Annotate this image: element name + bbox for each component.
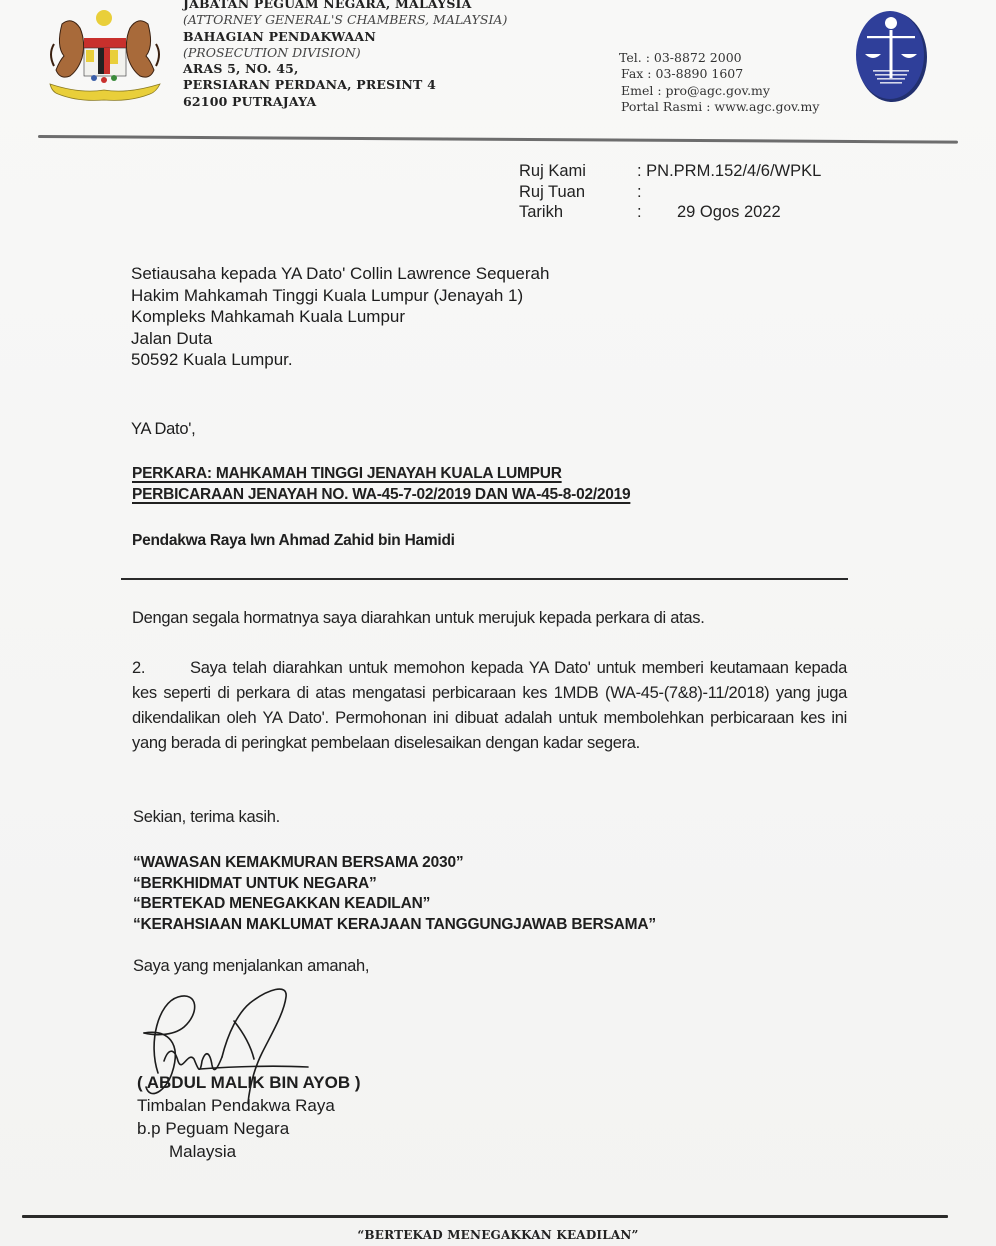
ref-colon: : bbox=[637, 182, 647, 203]
ref-label: Ruj Tuan bbox=[519, 182, 637, 203]
addressee-line: Jalan Duta bbox=[131, 328, 549, 350]
ref-our-reference: Ruj Kami : PN.PRM.152/4/6/WPKL bbox=[519, 161, 821, 182]
motto-block: “WAWASAN KEMAKMURAN BERSAMA 2030” “BERKH… bbox=[133, 853, 656, 935]
org-name: JABATAN PEGUAM NEGARA, MALAYSIA bbox=[183, 0, 507, 12]
contact-fax: Fax : 03-8890 1607 bbox=[619, 66, 819, 82]
addressee-block: Setiausaha kepada YA Dato' Collin Lawren… bbox=[131, 263, 549, 371]
signatory-title: Timbalan Pendakwa Raya bbox=[137, 1094, 361, 1117]
body-paragraph-2: 2.Saya telah diarahkan untuk memohon kep… bbox=[132, 656, 847, 756]
signatory-block: ( ABDUL MALIK BIN AYOB ) Timbalan Pendak… bbox=[137, 1071, 361, 1163]
salutation: YA Dato', bbox=[131, 420, 195, 439]
paragraph-number: 2. bbox=[132, 656, 190, 681]
signatory-on-behalf: b.p Peguam Negara bbox=[137, 1117, 361, 1140]
address-line: 62100 PUTRAJAYA bbox=[183, 94, 507, 110]
addressee-line: Kompleks Mahkamah Kuala Lumpur bbox=[131, 306, 549, 328]
addressee-line: 50592 Kuala Lumpur. bbox=[131, 349, 549, 371]
subject-divider bbox=[121, 578, 848, 580]
letterhead-contact: Tel. : 03-8872 2000 Fax : 03-8890 1607 E… bbox=[619, 50, 819, 115]
body-paragraph-1: Dengan segala hormatnya saya diarahkan u… bbox=[132, 606, 847, 631]
contact-portal: Portal Rasmi : www.agc.gov.my bbox=[619, 99, 819, 115]
ref-label: Tarikh bbox=[519, 202, 637, 223]
subject-line: PERBICARAAN JENAYAH NO. WA-45-7-02/2019 … bbox=[132, 484, 630, 505]
subject-line: PERKARA: MAHKAMAH TINGGI JENAYAH KUALA L… bbox=[132, 463, 630, 484]
paragraph-text: Saya telah diarahkan untuk memohon kepad… bbox=[132, 659, 847, 752]
division-name: BAHAGIAN PENDAKWAAN bbox=[183, 29, 507, 45]
letterhead-organisation: JABATAN PEGUAM NEGARA, MALAYSIA (ATTORNE… bbox=[183, 0, 507, 110]
motto-line: “WAWASAN KEMAKMURAN BERSAMA 2030” bbox=[133, 853, 656, 874]
contact-tel: Tel. : 03-8872 2000 bbox=[619, 50, 819, 66]
signoff-intro: Saya yang menjalankan amanah, bbox=[133, 957, 369, 976]
addressee-line: Setiausaha kepada YA Dato' Collin Lawren… bbox=[131, 263, 549, 285]
footer-motto: “BERTEKAD MENEGAKKAN KEADILAN” bbox=[0, 1228, 996, 1242]
case-parties: Pendakwa Raya lwn Ahmad Zahid bin Hamidi bbox=[132, 532, 455, 550]
subject-heading: PERKARA: MAHKAMAH TINGGI JENAYAH KUALA L… bbox=[132, 463, 630, 505]
address-line: PERSIARAN PERDANA, PRESINT 4 bbox=[183, 77, 507, 93]
date-value: 29 Ogos 2022 bbox=[647, 202, 781, 223]
closing-line: Sekian, terima kasih. bbox=[133, 808, 280, 827]
motto-line: “BERTEKAD MENEGAKKAN KEADILAN” bbox=[133, 894, 656, 915]
motto-line: “KERAHSIAAN MAKLUMAT KERAJAAN TANGGUNGJA… bbox=[133, 915, 656, 936]
signatory-country: Malaysia bbox=[137, 1140, 361, 1163]
ref-your-reference: Ruj Tuan : bbox=[519, 182, 821, 203]
footer-divider bbox=[22, 1215, 948, 1218]
reference-block: Ruj Kami : PN.PRM.152/4/6/WPKL Ruj Tuan … bbox=[519, 161, 821, 223]
ref-colon: : bbox=[637, 202, 647, 223]
signatory-name: ( ABDUL MALIK BIN AYOB ) bbox=[137, 1071, 361, 1094]
address-line: ARAS 5, NO. 45, bbox=[183, 61, 507, 77]
motto-line: “BERKHIDMAT UNTUK NEGARA” bbox=[133, 874, 656, 895]
ref-label: Ruj Kami bbox=[519, 161, 637, 182]
contact-email: Emel : pro@agc.gov.my bbox=[619, 83, 819, 99]
ref-date: Tarikh : 29 Ogos 2022 bbox=[519, 202, 821, 223]
division-name-english: (PROSECUTION DIVISION) bbox=[183, 45, 507, 61]
malaysia-coat-of-arms-icon bbox=[40, 4, 170, 104]
letter-body: Dengan segala hormatnya saya diarahkan u… bbox=[132, 606, 847, 756]
letter-page: JABATAN PEGUAM NEGARA, MALAYSIA (ATTORNE… bbox=[0, 0, 996, 1246]
addressee-line: Hakim Mahkamah Tinggi Kuala Lumpur (Jena… bbox=[131, 285, 549, 307]
scales-of-justice-emblem-icon bbox=[853, 8, 929, 104]
ref-value: : PN.PRM.152/4/6/WPKL bbox=[637, 161, 821, 182]
org-name-english: (ATTORNEY GENERAL'S CHAMBERS, MALAYSIA) bbox=[183, 12, 507, 28]
letterhead-divider bbox=[38, 135, 958, 144]
